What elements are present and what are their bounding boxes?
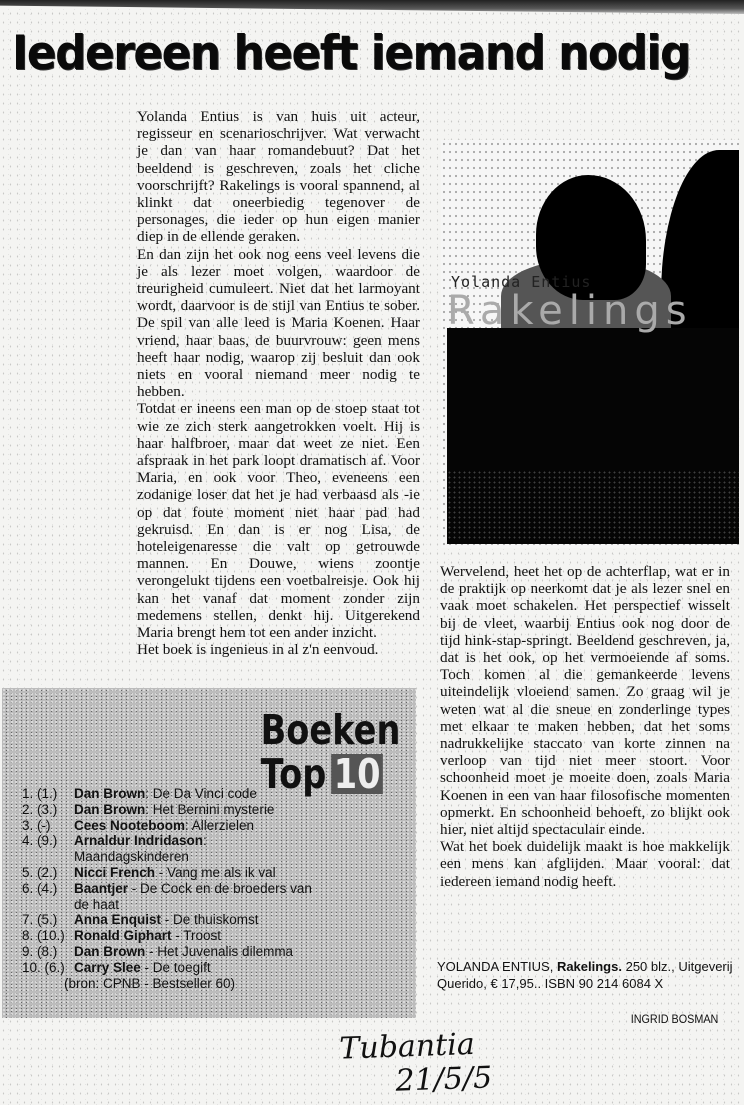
book-credits: YOLANDA ENTIUS, Rakelings. 250 blz., Uit…	[437, 958, 737, 992]
cover-title: Rakelings	[447, 288, 693, 334]
top10-box: Boeken Top10 1. (1.)Dan Brown: De Da Vin…	[2, 688, 416, 1018]
list-item: 6. (4.)Baantjer - De Cock en de broeders…	[22, 881, 322, 913]
list-item: 9. (8.)Dan Brown - Het Juvenalis dilemma	[22, 944, 322, 960]
list-item: 2. (3.)Dan Brown: Het Bernini mysterie	[22, 802, 322, 818]
list-item: 5. (2.)Nicci French - Vang me als ik val	[22, 865, 322, 881]
paragraph: Yolanda Entius is van huis uit acteur, r…	[137, 108, 420, 246]
top10-list: 1. (1.)Dan Brown: De Da Vinci code 2. (3…	[22, 786, 322, 991]
number-badge: 10	[331, 754, 383, 794]
credits-title: Rakelings.	[557, 959, 622, 974]
byline: INGRID BOSMAN	[630, 1012, 718, 1026]
list-item: 3. (-)Cees Nooteboom: Allerzielen	[22, 818, 322, 834]
paragraph: En dan zijn het ook nog eens veel levens…	[137, 246, 420, 401]
handwritten-annotation: Tubantia 21/5/5	[339, 1027, 493, 1100]
paragraph: Wat het boek duidelijk maakt is hoe makk…	[440, 838, 730, 890]
handwritten-date: 21/5/5	[340, 1061, 493, 1100]
article-right-column: Wervelend, heet het op de achterflap, wa…	[440, 563, 730, 890]
headline: Iedereen heeft iemand nodig	[12, 26, 690, 81]
paragraph: Het boek is ingenieus in al z'n eenvoud.	[137, 641, 420, 658]
list-item: 8. (10.)Ronald Giphart - Troost	[22, 928, 322, 944]
credits-author: YOLANDA ENTIUS,	[437, 959, 553, 974]
article-left-column: Yolanda Entius is van huis uit acteur, r…	[137, 108, 420, 659]
top10-source: (bron: CPNB - Bestseller 60)	[22, 976, 322, 992]
top10-title: Boeken Top10	[260, 708, 400, 796]
top-rule	[0, 0, 744, 14]
list-item: 4. (9.)Arnaldur Indridason: Maandagskind…	[22, 833, 322, 865]
paragraph: Wervelend, heet het op de achterflap, wa…	[440, 563, 730, 838]
paragraph: Totdat er ineens een man op de stoep sta…	[137, 400, 420, 641]
list-item: 10. (6.)Carry Slee - De toegift	[22, 960, 322, 976]
list-item: 7. (5.)Anna Enquist - De thuiskomst	[22, 912, 322, 928]
list-item: 1. (1.)Dan Brown: De Da Vinci code	[22, 786, 322, 802]
book-cover-image: Yolanda Entius Rakelings	[441, 140, 739, 548]
bench-texture	[447, 470, 739, 540]
